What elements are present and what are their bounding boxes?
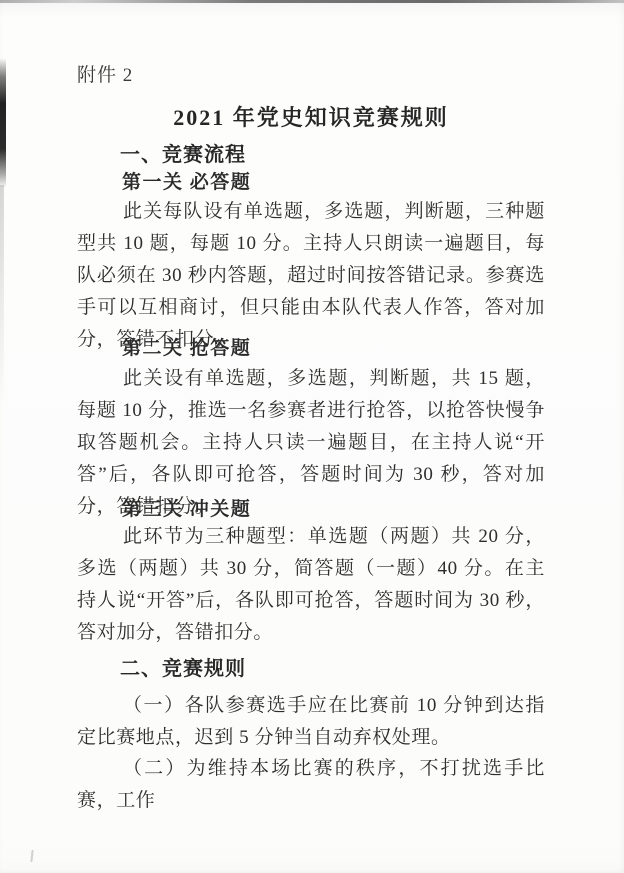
scan-artifact-left-edge (0, 58, 6, 188)
document-content: 附件 2 2021 年党史知识竞赛规则 一、竞赛流程 第一关 必答题 此关每队设… (77, 0, 545, 873)
round-heading-quick-answer: 第二关 抢答题 (122, 338, 251, 359)
round-body-breakthrough: 此环节为三种题型：单选题（两题）共 20 分，多选（两题）共 30 分，简答题（… (77, 521, 545, 649)
document-title: 2021 年党史知识竞赛规则 (77, 101, 545, 132)
rule-item-2: （二）为维持本场比赛的秩序，不打扰选手比赛，工作 (77, 753, 545, 817)
attachment-label: 附件 2 (77, 60, 545, 87)
scan-artifact-bottom-mark (30, 850, 33, 862)
round-heading-required-questions: 第一关 必答题 (122, 172, 251, 193)
section-heading-competition-rules: 二、竞赛规则 (120, 658, 246, 680)
section-heading-competition-process: 一、竞赛流程 (120, 144, 246, 166)
rule-item-1: （一）各队参赛选手应在比赛前 10 分钟到达指定比赛地点，迟到 5 分钟当自动弃… (77, 690, 545, 754)
round-heading-breakthrough: 第三关 冲关题 (122, 499, 251, 520)
scan-artifact-left-fade (0, 185, 4, 405)
round-body-required-questions: 此关每队设有单选题，多选题，判断题，三种题型共 10 题，每题 10 分。主持人… (77, 196, 545, 356)
scanned-document-page: 附件 2 2021 年党史知识竞赛规则 一、竞赛流程 第一关 必答题 此关每队设… (0, 0, 624, 873)
